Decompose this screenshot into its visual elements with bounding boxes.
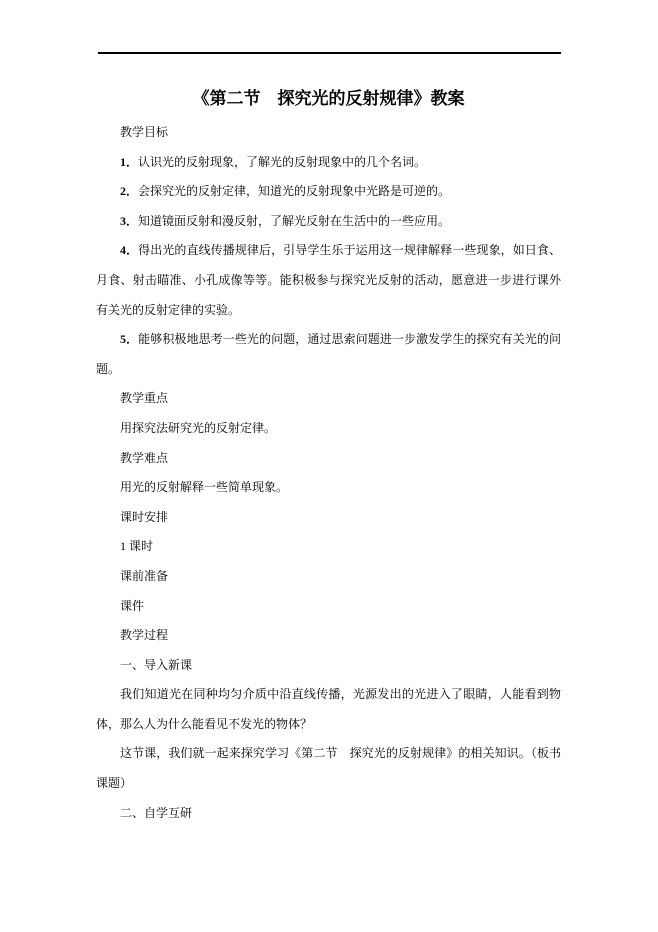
document-title: 《第二节 探究光的反射规律》教案 [96,0,561,110]
objective-item-5: 5．能够积极地思考一些光的问题，通过思索问题进一步激发学生的探究有关光的问题。 [96,325,561,384]
document-content: 《第二节 探究光的反射规律》教案 教学目标 1．认识光的反射现象，了解光的反射现… [96,0,561,828]
preparation-text: 课件 [96,592,561,622]
paragraph-text: 教学过程 [120,628,168,642]
paragraph-text: 教学目标 [120,125,168,139]
heading-preparation: 课前准备 [96,562,561,592]
paragraph-text: 知道镜面反射和漫反射，了解光反射在生活中的一些应用。 [138,214,450,228]
paragraph-text: 用探究法研究光的反射定律。 [120,421,276,435]
paragraph-text: 课前准备 [120,569,168,583]
paragraph-text: 课时安排 [120,510,168,524]
document-page: 《第二节 探究光的反射规律》教案 教学目标 1．认识光的反射现象，了解光的反射现… [0,0,658,932]
heading-schedule: 课时安排 [96,503,561,533]
process-step-1-heading: 一、导入新课 [96,651,561,681]
process-step-2-heading: 二、自学互研 [96,799,561,829]
list-number: 5． [120,332,138,346]
list-number: 2． [120,184,138,198]
paragraph-text: 能够积极地思考一些光的问题，通过思索问题进一步激发学生的探究有关光的问题。 [96,332,561,376]
paragraph-text: 得出光的直线传播规律后，引导学生乐于运用这一规律解释一些现象，如日食、月食、射击… [96,243,561,316]
paragraph-text: 会探究光的反射定律，知道光的反射现象中光路是可逆的。 [138,184,450,198]
schedule-text: 1 课时 [96,532,561,562]
objective-item-2: 2．会探究光的反射定律，知道光的反射现象中光路是可逆的。 [96,177,561,207]
intro-paragraph-1: 我们知道光在同种均匀介质中沿直线传播，光源发出的光进入了眼睛，人能看到物体，那么… [96,680,561,739]
difficulties-text: 用光的反射解释一些简单现象。 [96,473,561,503]
document-body: 教学目标 1．认识光的反射现象，了解光的反射现象中的几个名词。 2．会探究光的反… [96,118,561,828]
list-number: 1． [120,155,138,169]
paragraph-text: 二、自学互研 [120,806,192,820]
paragraph-text: 认识光的反射现象，了解光的反射现象中的几个名词。 [138,155,426,169]
objective-item-4: 4．得出光的直线传播规律后，引导学生乐于运用这一规律解释一些现象，如日食、月食、… [96,236,561,325]
heading-process: 教学过程 [96,621,561,651]
heading-objectives: 教学目标 [96,118,561,148]
paragraph-text: 这节课，我们就一起来探究学习《第二节 探究光的反射规律》的相关知识。（板书课题） [96,746,561,790]
objective-item-1: 1．认识光的反射现象，了解光的反射现象中的几个名词。 [96,148,561,178]
paragraph-text: 教学难点 [120,451,168,465]
paragraph-text: 课件 [120,599,144,613]
intro-paragraph-2: 这节课，我们就一起来探究学习《第二节 探究光的反射规律》的相关知识。（板书课题） [96,739,561,798]
heading-key-points: 教学重点 [96,384,561,414]
key-points-text: 用探究法研究光的反射定律。 [96,414,561,444]
heading-difficulties: 教学难点 [96,444,561,474]
objective-item-3: 3．知道镜面反射和漫反射，了解光反射在生活中的一些应用。 [96,207,561,237]
list-number: 3． [120,214,138,228]
list-number: 4． [120,243,138,257]
paragraph-text: 1 课时 [120,539,153,553]
paragraph-text: 一、导入新课 [120,658,192,672]
paragraph-text: 用光的反射解释一些简单现象。 [120,480,288,494]
paragraph-text: 我们知道光在同种均匀介质中沿直线传播，光源发出的光进入了眼睛，人能看到物体，那么… [96,687,561,731]
paragraph-text: 教学重点 [120,391,168,405]
